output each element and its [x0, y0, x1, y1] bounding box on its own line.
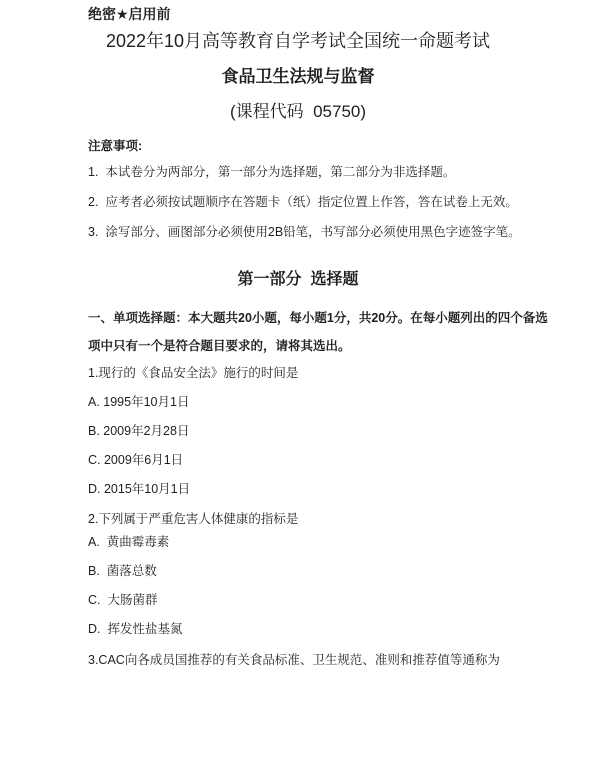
question-1-stem: 1.现行的《食品安全法》施行的时间是 [88, 365, 588, 381]
classification-label: 绝密★启用前 [88, 6, 588, 23]
question-1-option-a: A. 1995年10月1日 [88, 394, 588, 410]
notice-item-1: 1. 本试卷分为两部分，第一部分为选择题，第二部分为非选择题。 [88, 164, 588, 180]
exam-title: 2022年10月高等教育自学考试全国统一命题考试 [0, 31, 596, 52]
question-block-2: 2.下列属于严重危害人体健康的指标是 A. 黄曲霉毒素 B. 菌落总数 C. 大… [0, 511, 596, 637]
question-1-option-b: B. 2009年2月28日 [88, 423, 588, 439]
question-2-option-d: D. 挥发性盐基氮 [88, 621, 588, 637]
question-3-stem: 3.CAC向各成员国推荐的有关食品标准、卫生规范、准则和推荐值等通称为 [88, 652, 588, 668]
question-block-3: 3.CAC向各成员国推荐的有关食品标准、卫生规范、准则和推荐值等通称为 [0, 652, 596, 668]
notices-heading: 注意事项: [88, 138, 588, 154]
subject-title: 食品卫生法规与监督 [0, 67, 596, 87]
question-2-option-c: C. 大肠菌群 [88, 592, 588, 608]
question-2-stem: 2.下列属于严重危害人体健康的指标是 [88, 511, 588, 527]
notice-item-2: 2. 应考者必须按试题顺序在答题卡（纸）指定位置上作答，答在试卷上无效。 [88, 194, 588, 210]
notices-section: 注意事项: 1. 本试卷分为两部分，第一部分为选择题，第二部分为非选择题。 2.… [0, 138, 596, 240]
section-intro-line-2: 项中只有一个是符合题目要求的，请将其选出。 [88, 338, 588, 354]
exam-paper-page: 绝密★启用前 2022年10月高等教育自学考试全国统一命题考试 食品卫生法规与监… [0, 0, 596, 762]
question-2-option-b: B. 菌落总数 [88, 563, 588, 579]
section-intro-line-1: 一、单项选择题：本大题共20小题，每小题1分，共20分。在每小题列出的四个备选 [88, 310, 588, 326]
question-2-option-a: A. 黄曲霉毒素 [88, 534, 588, 550]
question-block-1: 1.现行的《食品安全法》施行的时间是 A. 1995年10月1日 B. 2009… [0, 365, 596, 497]
part-one-heading: 第一部分 选择题 [0, 270, 596, 289]
course-code: (课程代码 05750) [0, 102, 596, 122]
notice-item-3: 3. 涂写部分、画图部分必须使用2B铅笔，书写部分必须使用黑色字迹签字笔。 [88, 224, 588, 240]
question-1-option-c: C. 2009年6月1日 [88, 452, 588, 468]
question-1-option-d: D. 2015年10月1日 [88, 481, 588, 497]
